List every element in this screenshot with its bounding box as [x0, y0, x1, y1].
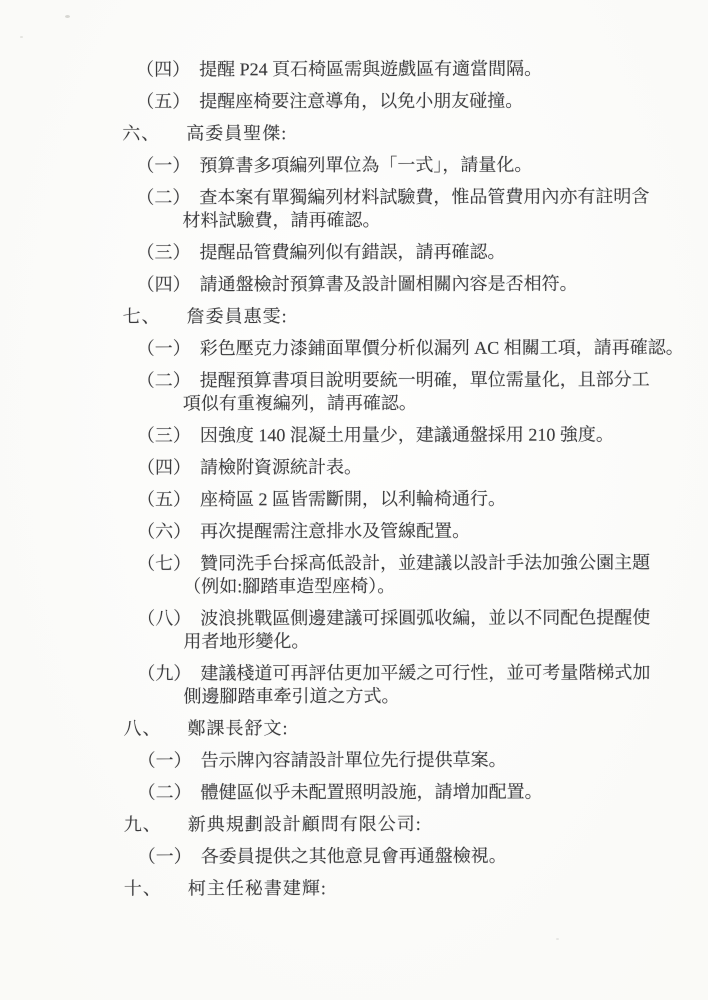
- item-label: （八）: [137, 608, 191, 628]
- item-label: （四）: [137, 274, 191, 294]
- item-text: 贊同洗手台採高低設計，並建議以設計手法加強公園主題: [200, 552, 650, 573]
- item-label: （一）: [137, 338, 191, 358]
- list-item: （六）再次提醒需注意排水及管線配置。: [0, 519, 708, 543]
- list-item: （一）預算書多項編列單位為「一式」，請量化。: [0, 153, 707, 177]
- list-item: （七）贊同洗手台採高低設計，並建議以設計手法加強公園主題 （例如:腳踏車造型座椅…: [0, 551, 708, 598]
- item-text-continued: 材料試驗費，請再確認。: [136, 208, 707, 232]
- item-text: 各委員提供之其他意見會再通盤檢視。: [201, 846, 507, 867]
- item-label: （一）: [136, 155, 190, 175]
- item-text: 請檢附資源統計表。: [200, 457, 362, 477]
- item-label: （一）: [138, 750, 192, 770]
- item-text-continued: （例如:腳踏車造型座椅）。: [137, 574, 708, 598]
- section-number: 九、: [124, 814, 162, 834]
- item-label: （二）: [138, 782, 192, 802]
- section-speaker: 新典規劃設計顧問有限公司:: [188, 814, 422, 834]
- section-number: 十、: [124, 878, 162, 898]
- item-label: （五）: [136, 91, 190, 111]
- list-item: （三）因強度 140 混凝土用量少，建議通盤採用 210 強度。: [0, 423, 708, 447]
- item-text: 波浪挑戰區側邊建議可採圓弧收編，並以不同配色提醒使: [200, 607, 650, 628]
- item-label: （五）: [137, 489, 191, 509]
- item-text: 提醒座椅要注意導角，以免小朋友碰撞。: [199, 91, 523, 112]
- item-text: 體健區似乎未配置照明設施，請增加配置。: [201, 782, 543, 803]
- item-label: （四）: [136, 59, 190, 79]
- item-text: 預算書多項編列單位為「一式」，請量化。: [199, 155, 532, 176]
- item-label: （二）: [137, 370, 191, 390]
- list-item: （一）各委員提供之其他意見會再通盤檢視。: [1, 844, 708, 868]
- section-heading: 七、詹委員惠雯:: [0, 304, 708, 328]
- list-item: （一）告示牌內容請設計單位先行提供草案。: [1, 748, 708, 772]
- item-text-continued: 項似有重複編列，請再確認。: [137, 391, 708, 415]
- list-item: （八）波浪挑戰區側邊建議可採圓弧收編，並以不同配色提醒使 用者地形變化。: [0, 606, 708, 653]
- item-text: 座椅區 2 區皆需斷開，以利輪椅通行。: [200, 489, 506, 510]
- list-item: （三）提醒品管費編列似有錯誤，請再確認。: [0, 240, 708, 264]
- list-item: （四）請通盤檢討預算書及設計圖相關內容是否相符。: [0, 272, 708, 296]
- item-label: （三）: [136, 242, 190, 262]
- section-number: 六、: [122, 123, 160, 143]
- section-number: 七、: [123, 306, 161, 326]
- list-item: （五）提醒座椅要注意導角，以免小朋友碰撞。: [0, 89, 707, 113]
- item-text: 因強度 140 混凝土用量少，建議通盤採用 210 強度。: [200, 424, 614, 445]
- section-speaker: 柯主任秘書建輝:: [188, 878, 327, 898]
- item-label: （三）: [137, 425, 191, 445]
- item-text: 提醒品管費編列似有錯誤，請再確認。: [199, 242, 505, 263]
- section-heading: 八、鄭課長舒文:: [0, 716, 708, 740]
- item-label: （六）: [137, 521, 191, 541]
- list-item: （二）提醒預算書項目說明要統一明確，單位需量化，且部分工 項似有重複編列，請再確…: [0, 368, 708, 415]
- list-item: （九）建議棧道可再評估更加平緩之可行性，並可考量階梯式加 側邊腳踏車牽引道之方式…: [0, 661, 708, 708]
- item-text-continued: 用者地形變化。: [137, 629, 708, 653]
- item-label: （二）: [136, 187, 190, 207]
- list-item: （二）查本案有單獨編列材料試驗費，惟品管費用內亦有註明含 材料試驗費，請再確認。: [0, 185, 707, 232]
- section-heading: 九、新典規劃設計顧問有限公司:: [1, 812, 708, 836]
- item-label: （九）: [137, 663, 191, 683]
- item-label: （七）: [137, 553, 191, 573]
- section-number: 八、: [123, 718, 161, 738]
- scan-artifact: [556, 938, 559, 940]
- item-text: 提醒預算書項目說明要統一明確，單位需量化，且部分工: [200, 369, 650, 390]
- section-heading: 六、高委員聖傑:: [0, 121, 707, 145]
- item-text: 查本案有單獨編列材料試驗費，惟品管費用內亦有註明含: [199, 186, 649, 207]
- section-speaker: 鄭課長舒文:: [187, 718, 288, 738]
- list-item: （一）彩色壓克力漆鋪面單價分析似漏列 AC 相關工項，請再確認。: [0, 336, 708, 360]
- list-item: （五）座椅區 2 區皆需斷開，以利輪椅通行。: [0, 487, 708, 511]
- item-text: 再次提醒需注意排水及管線配置。: [200, 521, 470, 542]
- list-item: （二）體健區似乎未配置照明設施，請增加配置。: [1, 780, 708, 804]
- item-text: 請通盤檢討預算書及設計圖相關內容是否相符。: [200, 274, 578, 295]
- scan-artifact: [20, 36, 23, 38]
- item-text: 告示牌內容請設計單位先行提供草案。: [201, 750, 507, 771]
- item-label: （一）: [138, 846, 192, 866]
- section-heading: 十、柯主任秘書建輝:: [1, 876, 708, 900]
- item-label: （四）: [137, 457, 191, 477]
- document-body: （四）提醒 P24 頁石椅區需與遊戲區有適當間隔。 （五）提醒座椅要注意導角，以…: [0, 57, 708, 909]
- item-text-continued: 側邊腳踏車牽引道之方式。: [137, 684, 708, 708]
- list-item: （四）請檢附資源統計表。: [0, 455, 708, 479]
- item-text: 彩色壓克力漆鋪面單價分析似漏列 AC 相關工項，請再確認。: [200, 337, 684, 358]
- item-text: 提醒 P24 頁石椅區需與遊戲區有適當間隔。: [199, 59, 542, 80]
- item-text: 建議棧道可再評估更加平緩之可行性，並可考量階梯式加: [200, 662, 650, 683]
- section-speaker: 詹委員惠雯:: [187, 306, 288, 326]
- scan-artifact: [65, 15, 70, 18]
- list-item: （四）提醒 P24 頁石椅區需與遊戲區有適當間隔。: [0, 57, 707, 81]
- scanned-document-page: （四）提醒 P24 頁石椅區需與遊戲區有適當間隔。 （五）提醒座椅要注意導角，以…: [0, 0, 708, 1000]
- section-speaker: 高委員聖傑:: [186, 123, 287, 143]
